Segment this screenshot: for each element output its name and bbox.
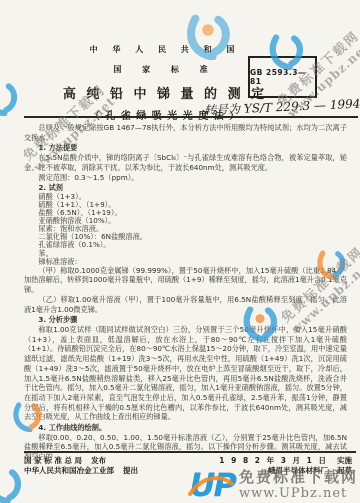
drafter-label: 起草 — [337, 466, 352, 475]
section-1-paragraph: 在5.5N盐酸介质中，锑的络阴离子〔SbCl₆〕⁻与孔雀绿生成难溶有色络合物，被… — [24, 153, 347, 172]
issuer: 国 家 标 准 总 局发布 — [24, 456, 106, 466]
proposer-label: 提出 — [123, 466, 138, 475]
section-1-range: 测定范围：0.3～1.5（ppm）。 — [24, 173, 347, 183]
section-3-heading: 3. 分析步骤 — [24, 315, 347, 325]
issuer-name: 国 家 标 准 总 局 — [24, 456, 82, 465]
standard-number: GB 2593.3—81 — [250, 68, 315, 86]
header-divider — [24, 116, 358, 118]
country-name: 中 华 人 民 共 和 国 — [0, 44, 330, 55]
section-1-heading: 1. 方法提要 — [24, 143, 347, 153]
footer-row-issue: 国 家 标 准 总 局发布 1 9 8 2 年 3 月 1 日实施 — [24, 456, 352, 466]
standard-solution-a: （甲）称取0.1000克金属锑（99.999%），置于50毫升烧杯中，加入15毫… — [24, 266, 347, 295]
footer-row-draft: 中华人民共和国冶金工业部提出 峨眉半导体材料厂起草 — [24, 466, 352, 476]
section-4-heading: 4. 工作曲线的绘制。 — [24, 423, 347, 433]
proposer-name: 中华人民共和国冶金工业部 — [24, 466, 114, 475]
standard-number-box: GB 2593.3—81 — [248, 56, 317, 98]
intro-paragraph: 总则及一般规定除按GB 1467—78执行外，本分析方法中所用酸均为特纯试剂；水… — [24, 123, 347, 142]
standard-solution-b: （乙）移取1.00毫升溶液（甲），置于100毫升容量瓶中，用6.5N盐酸稀释至刻… — [24, 295, 347, 314]
implementation-date: 1 9 8 2 年 3 月 1 日 — [219, 456, 328, 465]
document-body: 总则及一般规定除按GB 1467—78执行外，本分析方法中所用酸均为特纯试剂；水… — [24, 123, 347, 462]
drafter: 峨眉半导体材料厂起草 — [268, 466, 352, 476]
reagent-item: 苯。 — [38, 250, 347, 258]
drafter-name: 峨眉半导体材料厂 — [268, 466, 328, 475]
proposer: 中华人民共和国冶金工业部提出 — [24, 466, 138, 476]
upbz-logo-mark-icon — [0, 468, 22, 503]
watermark-site-url: www.UPbz.net — [239, 486, 358, 501]
section-3-paragraph: 称取1.00克试样（随同试样做试剂空白）三份，分别置于三个50毫升烧杯中，加入1… — [24, 325, 347, 422]
logo-swoosh-icon — [186, 472, 234, 502]
reagent-item: 锑标准溶液： — [38, 258, 347, 266]
reagent-item: 孔雀绿溶液（0.1%）。 — [38, 241, 347, 249]
issuer-label: 发布 — [91, 456, 106, 465]
implementation: 1 9 8 2 年 3 月 1 日实施 — [219, 456, 352, 466]
implementation-label: 实施 — [337, 456, 352, 465]
document-footer: 国 家 标 准 总 局发布 1 9 8 2 年 3 月 1 日实施 中华人民共和… — [24, 456, 352, 476]
document-page: 免费标准下载网 www.upbz.net 免费标准下载网 www.upbz.ne… — [0, 0, 360, 503]
